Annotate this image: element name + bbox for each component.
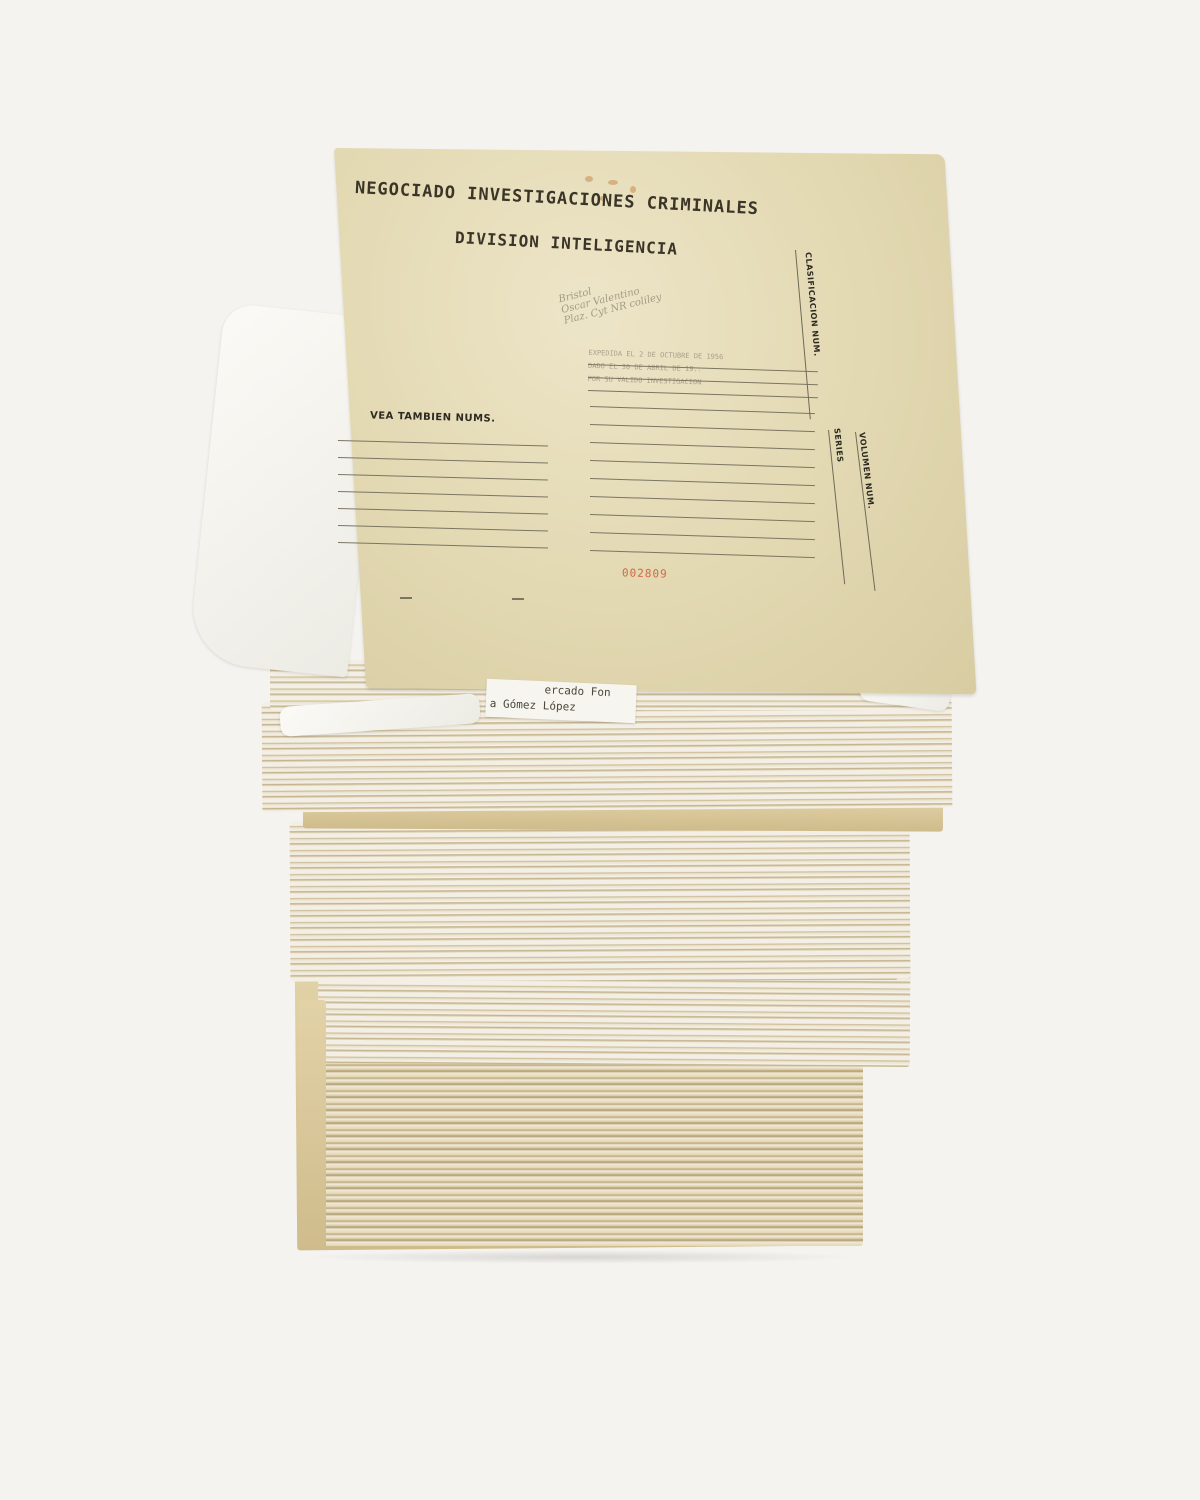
slip-text: a Gómez López: [490, 697, 577, 714]
photo-scene: NEGOCIADO INVESTIGACIONES CRIMINALES DIV…: [0, 0, 1200, 1500]
rust-stain: [608, 180, 618, 185]
serial-number: 002809: [622, 566, 668, 580]
middle-paper-edges: [290, 818, 911, 981]
rust-stain: [585, 176, 593, 182]
bottom-paper-edges: [308, 1060, 863, 1246]
bottom-upper-edges: [318, 968, 911, 1067]
cover-mark: [512, 598, 524, 600]
slip-text: ercado Fon: [544, 683, 611, 699]
bottom-folder-front: [298, 1000, 326, 1250]
cover-mark: [400, 597, 412, 599]
protruding-slip: ercado Fon a Gómez López: [485, 679, 637, 724]
stack-shadow: [300, 1250, 860, 1264]
